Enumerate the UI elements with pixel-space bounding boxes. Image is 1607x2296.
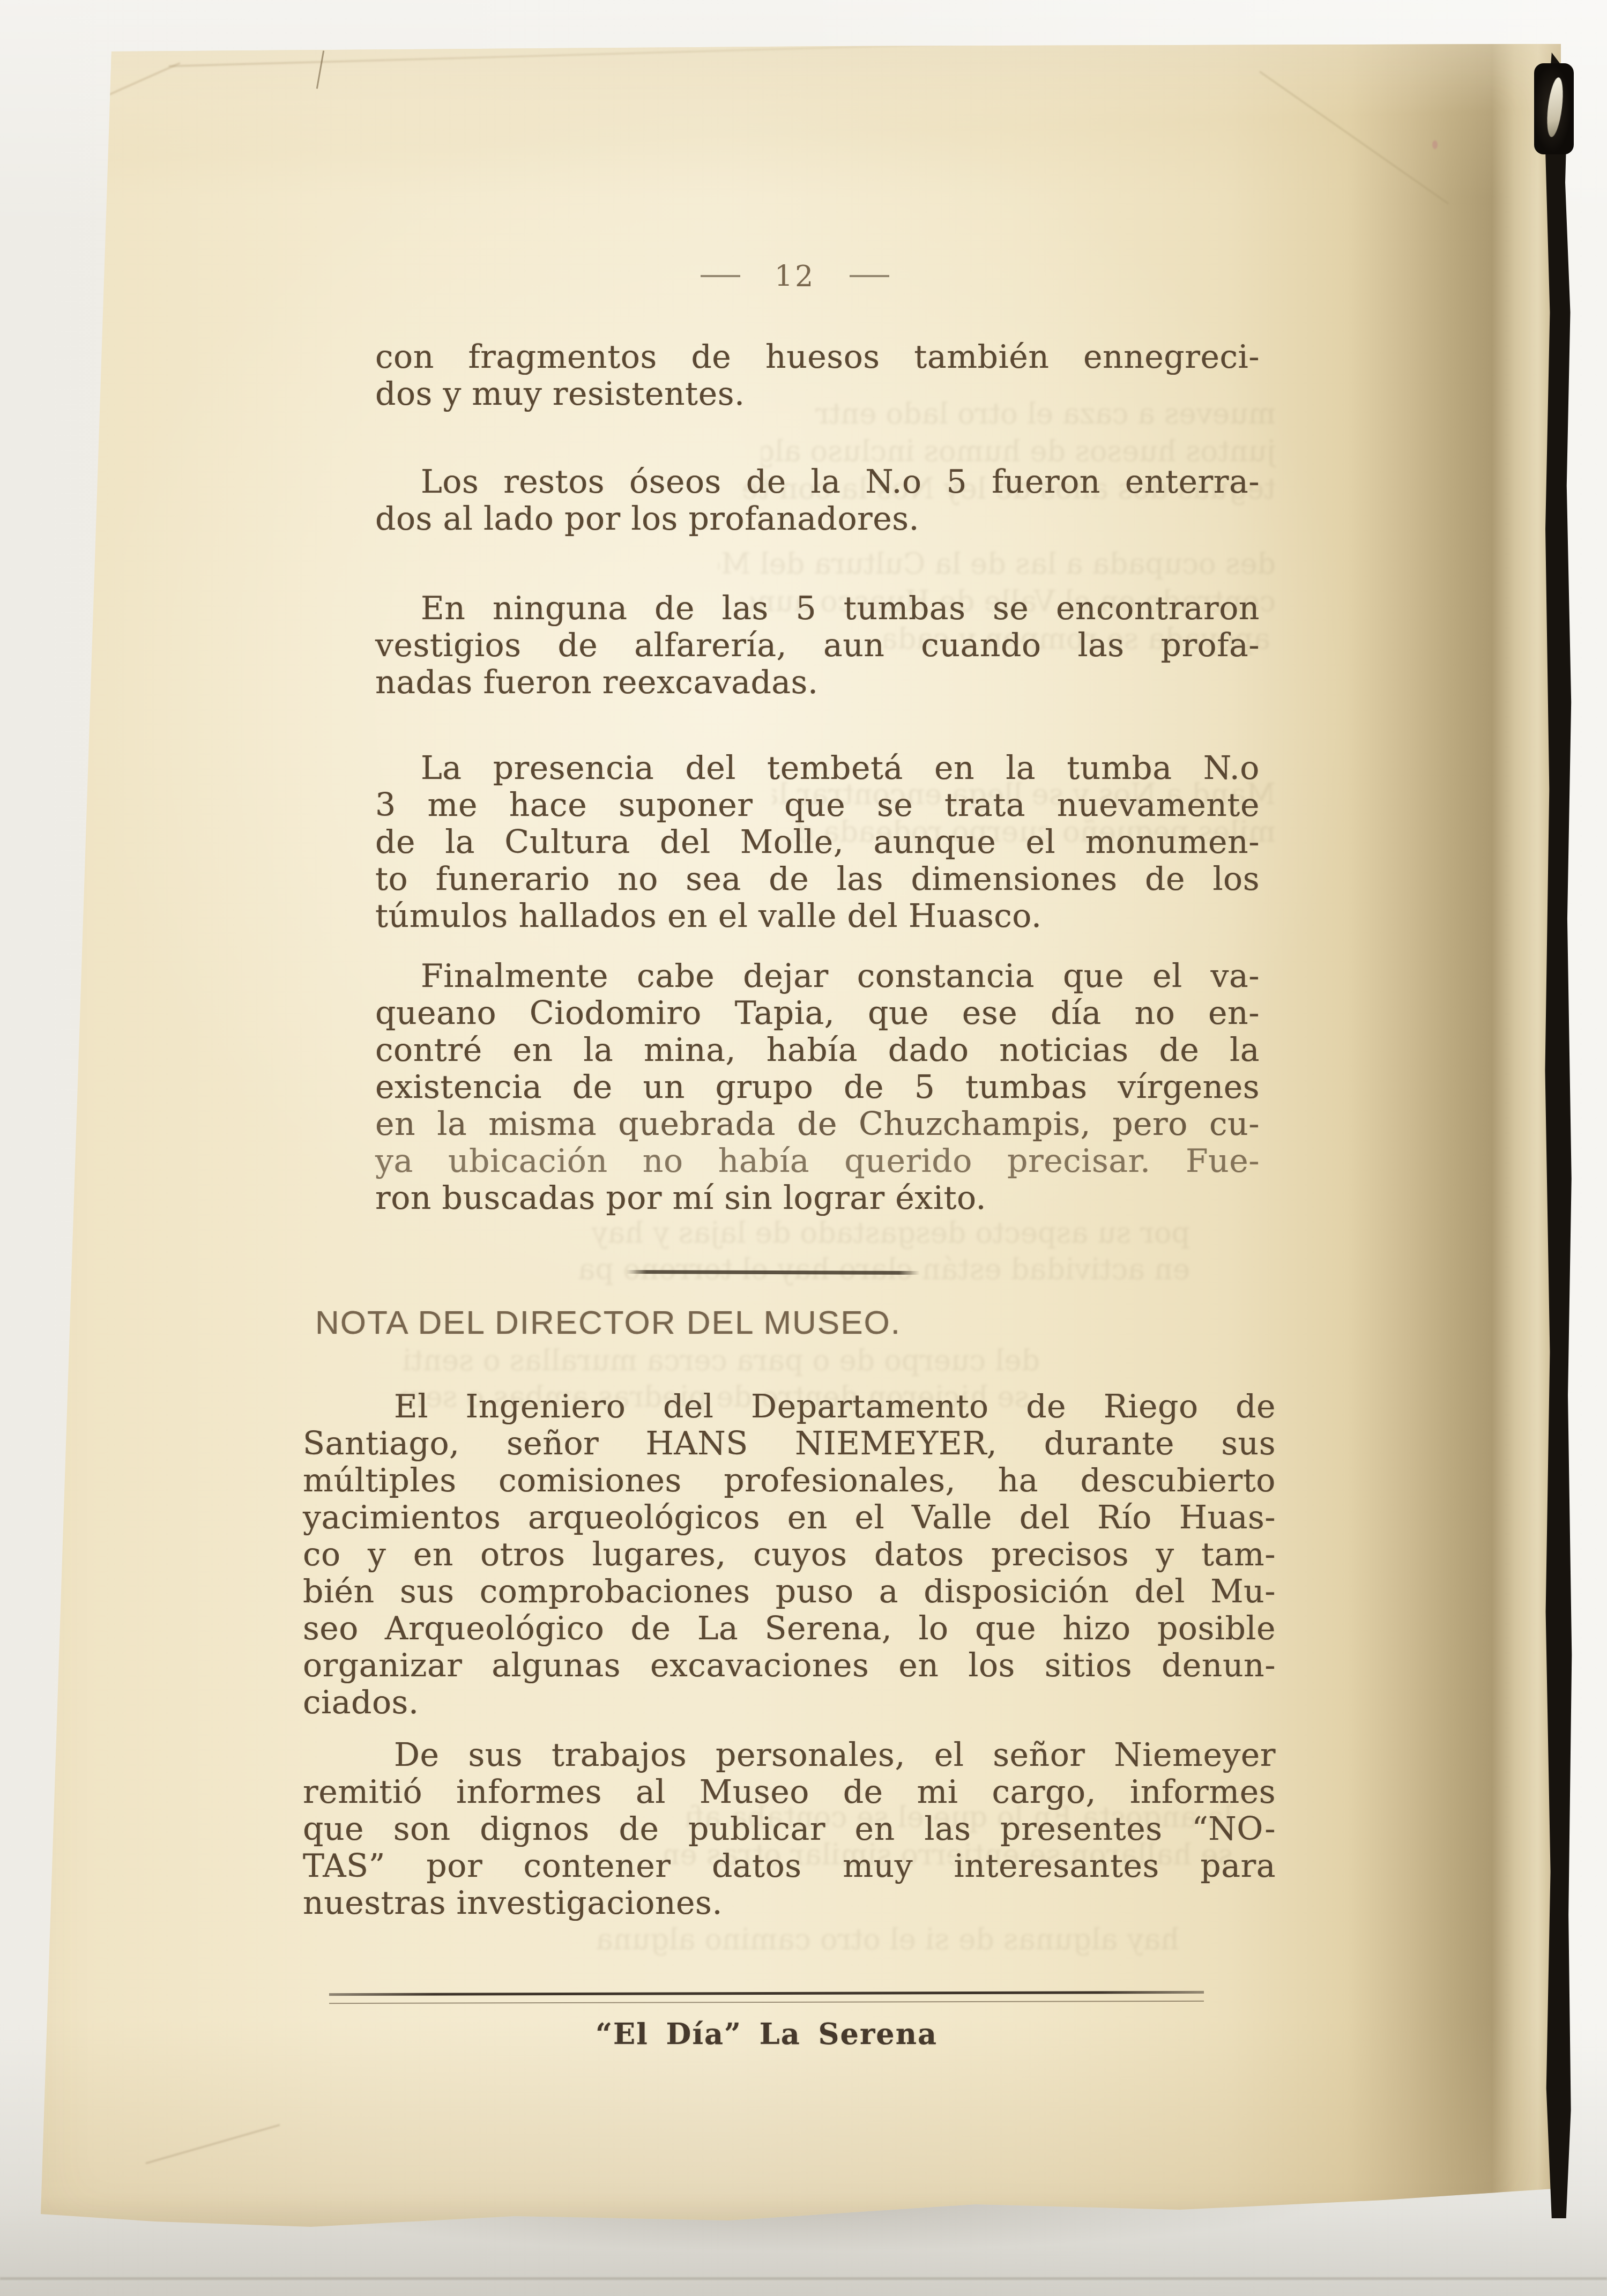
staple-highlight [1544, 77, 1565, 138]
text-line: que son dignos de publicar en las presen… [303, 1811, 1276, 1848]
text-line: organizar algunas excavaciones en los si… [303, 1647, 1276, 1684]
text-line: 3 me hace suponer que se trata nuevament… [375, 787, 1260, 824]
text-line: existencia de un grupo de 5 tumbas vírge… [375, 1069, 1260, 1106]
body-text-layer: con fragmentos de huesos también ennegre… [32, 44, 1561, 2239]
text-line: Finalmente cabe dejar constancia que el … [375, 958, 1260, 995]
paragraph: Finalmente cabe dejar constancia que el … [375, 958, 1260, 1217]
section-heading: NOTA DEL DIRECTOR DEL MUSEO. [315, 1304, 901, 1342]
text-line: seo Arqueológico de La Serena, lo que hi… [303, 1610, 1276, 1647]
paragraph: El Ingeniero del Departamento de Riego d… [303, 1388, 1276, 1721]
text-line: remitió informes al Museo de mi cargo, i… [303, 1774, 1276, 1811]
text-line: to funerario no sea de las dimensiones d… [375, 861, 1260, 898]
text-line: El Ingeniero del Departamento de Riego d… [303, 1388, 1276, 1425]
text-line: dos y muy resistentes. [375, 376, 1260, 413]
text-line: queano Ciodomiro Tapia, que ese día no e… [375, 995, 1260, 1032]
text-line: Los restos óseos de la N.o 5 fueron ente… [375, 464, 1260, 501]
backdrop-edge-line [0, 2277, 1607, 2280]
paragraph: Los restos óseos de la N.o 5 fueron ente… [375, 464, 1260, 538]
text-line: En ninguna de las 5 tumbas se encontraro… [375, 590, 1260, 627]
text-line: bién sus comprobaciones puso a disposici… [303, 1573, 1276, 1610]
paragraph: En ninguna de las 5 tumbas se encontraro… [375, 590, 1260, 701]
text-line: con fragmentos de huesos también ennegre… [375, 339, 1260, 376]
text-line: túmulos hallados en el valle del Huasco. [375, 898, 1260, 935]
text-line: dos al lado por los profanadores. [375, 501, 1260, 538]
text-line: De sus trabajos personales, el señor Nie… [303, 1737, 1276, 1774]
text-line: ya ubicación no había querido precisar. … [375, 1143, 1260, 1180]
text-line: ron buscadas por mí sin lograr éxito. [375, 1180, 1260, 1217]
text-line: yacimientos arqueológicos en el Valle de… [303, 1499, 1276, 1536]
text-line: de la Cultura del Molle, aunque el monum… [375, 824, 1260, 861]
text-line: nuestras investigaciones. [303, 1885, 1276, 1922]
text-line: co y en otros lugares, cuyos datos preci… [303, 1536, 1276, 1573]
paragraph: con fragmentos de huesos también ennegre… [375, 339, 1260, 413]
text-line: vestigios de alfarería, aun cuando las p… [375, 627, 1260, 664]
text-line: La presencia del tembetá en la tumba N.o [375, 750, 1260, 787]
paragraph: La presencia del tembetá en la tumba N.o… [375, 750, 1260, 935]
binding-staple [1534, 63, 1574, 154]
text-line: TAS” por contener datos muy interesantes… [303, 1848, 1276, 1885]
document-page: mueves a caza el otro lado entrejuntos h… [32, 44, 1561, 2239]
imprint-text: “El Día” La Serena [329, 2017, 1204, 2051]
text-line: contré en la mina, había dado noticias d… [375, 1032, 1260, 1069]
text-line: múltiples comisiones profesionales, ha d… [303, 1462, 1276, 1499]
paragraph: De sus trabajos personales, el señor Nie… [303, 1737, 1276, 1922]
text-line: en la misma quebrada de Chuzchampis, per… [375, 1106, 1260, 1143]
text-line: nadas fueron reexcavadas. [375, 664, 1260, 701]
text-line: ciados. [303, 1684, 1276, 1721]
text-line: Santiago, señor HANS NIEMEYER, durante s… [303, 1425, 1276, 1462]
